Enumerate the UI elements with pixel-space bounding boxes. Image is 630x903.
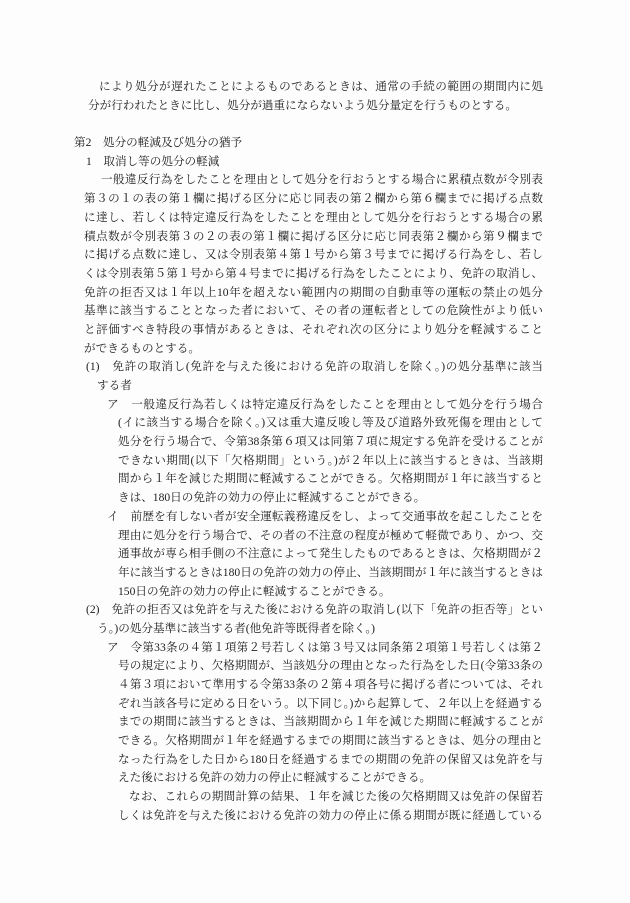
text-line: なお、これらの期間計算の結果、１年を減じた後の欠格期間又は免許の保留若 (129, 788, 543, 807)
text-line: に掲げる点数に達し、又は令別表第４第１号から第３号までに掲げる行為をし、若し (84, 246, 543, 265)
text-line: う。)の処分基準に該当する者(他免許等既得者を除く。) (97, 620, 543, 639)
text-line: くは令別表第５第１号から第４号までに掲げる行為をしたことにより、免許の取消し、 (84, 265, 543, 284)
text-line: ができるものとする。 (84, 340, 543, 359)
text-line: 理由に処分を行う場合で、その者の不注意の程度が極めて軽微であり、かつ、交 (118, 527, 543, 546)
text-line: 間から１年を減じた期間に軽減することができる。欠格期間が１年に該当すると (118, 470, 543, 489)
text-line: しくは免許を与えた後における免許の効力の停止に係る期間が既に経過している (118, 807, 543, 826)
text-line: と評価すべき特段の事情があるときは、それぞれ次の区分により処分を軽減すること (84, 321, 543, 340)
document-page: により処分が遅れたことによるものであるときは、通常の手続の範囲の期間内に処 分が… (0, 0, 630, 903)
list-item: ア 一般違反行為若しくは特定違反行為をしたことを理由として処分を行う場合 (107, 396, 543, 415)
text-line: 積点数が令別表第３の２の表の第１欄に掲げる区分に応じ同表第２欄から第９欄まで (84, 228, 543, 247)
list-item: (1) 免許の取消し(免許を与えた後における免許の取消しを除く。)の処分基準に該… (86, 358, 543, 377)
text-line: 免許の拒否又は１年以上10年を超えない範囲内の期間の自動車等の運転の禁止の処分 (84, 284, 543, 303)
text-line: 150日の免許の効力の停止に軽減することができる。 (118, 583, 543, 602)
text-line: 第３の１の表の第１欄に掲げる区分に応じ同表の第２欄から第６欄までに掲げる点数 (84, 190, 543, 209)
text-line: ぞれ当該各号に定める日をいう。以下同じ。)から起算して、２年以上を経過する (118, 695, 543, 714)
text-line: 分が行われたときに比し、処分が過重にならないよう処分量定を行うものとする。 (88, 97, 543, 116)
text-line: (イに該当する場合を除く。)又は重大違反唆し等及び道路外致死傷を理由として (118, 414, 543, 433)
text-line: までの期間に該当するときは、当該期間から１年を減じた期間に軽減することが (118, 713, 543, 732)
list-item: ア 令第33条の４第１項第２号若しくは第３号又は同条第２項第１号若しくは第２ (107, 639, 543, 658)
text-line: できない期間(以下「欠格期間」という。)が２年以上に該当するときは、当該期 (118, 452, 543, 471)
text-line: ４第３項において準用する令第33条の２第４項各号に掲げる者については、それ (118, 676, 543, 695)
section-heading: 第2 処分の軽減及び処分の猶予 (74, 134, 543, 153)
subsection-heading: 1 取消し等の処分の軽減 (86, 153, 543, 172)
text-line: きは、180日の免許の効力の停止に軽減することができる。 (118, 489, 543, 508)
text-line: 一般違反行為をしたことを理由として処分を行おうとする場合に累積点数が令別表 (101, 171, 543, 190)
list-item: イ 前歴を有しない者が安全運転義務違反をし、よって交通事故を起こしたことを (107, 508, 543, 527)
text-line: 処分を行う場合で、令第38条第６項又は同第７項に規定する免許を受けることが (118, 433, 543, 452)
list-item: (2) 免許の拒否又は免許を与えた後における免許の取消し(以下「免許の拒否等」と… (86, 601, 543, 620)
text-line: により処分が遅れたことによるものであるときは、通常の手続の範囲の期間内に処 (99, 78, 543, 97)
text-line: 年に該当するときは180日の免許の効力の停止、当該期間が１年に該当するときは (118, 564, 543, 583)
blank-line (0, 115, 543, 134)
text-line: 通事故が専ら相手側の不注意によって発生したものであるときは、欠格期間が２ (118, 545, 543, 564)
text-line: 基準に該当することとなった者において、その者の運転者としての危険性がより低い (84, 302, 543, 321)
text-line: えた後における免許の効力の停止に軽減することができる。 (118, 769, 543, 788)
text-line: する者 (97, 377, 543, 396)
text-line: 号の規定により、欠格期間が、当該処分の理由となった行為をした日(令第33条の (118, 657, 543, 676)
text-line: できる。欠格期間が１年を経過するまでの期間に該当するときは、処分の理由と (118, 732, 543, 751)
text-line: に達し、若しくは特定違反行為をしたことを理由として処分を行おうとする場合の累 (84, 209, 543, 228)
text-line: なった行為をした日から180日を経過するまでの期間の免許の保留又は免許を与 (118, 751, 543, 770)
